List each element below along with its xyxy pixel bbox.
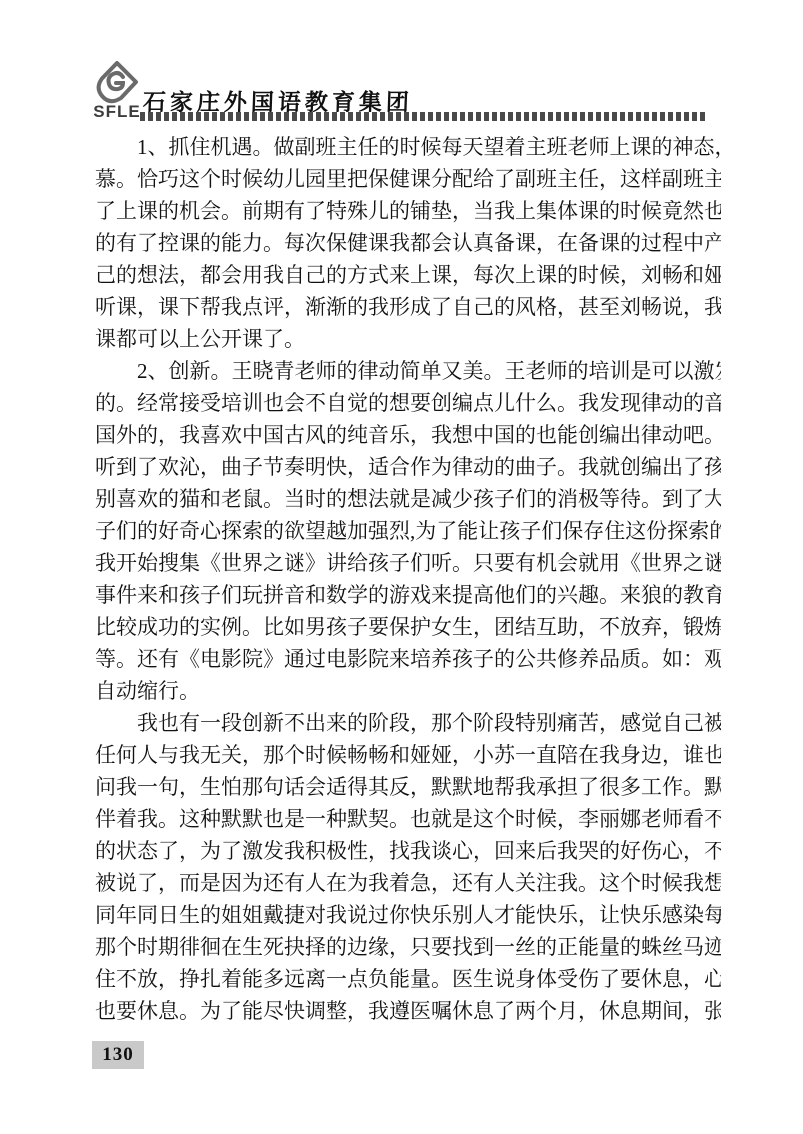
text-line: 我也有一段创新不出来的阶段，那个阶段特别痛苦，感觉自己被封印了 [95, 707, 721, 739]
text-line: 听课，课下帮我点评，渐渐的我形成了自己的风格，甚至刘畅说，我的保健 [95, 291, 721, 323]
text-line: 任何人与我无关，那个时候畅畅和娅娅，小苏一直陪在我身边，谁也不敢多 [95, 739, 721, 771]
text-line: 子们的好奇心探索的欲望越加强烈,为了能让孩子们保存住这份探索的欲望， [95, 515, 721, 547]
text-line: 听到了欢沁，曲子节奏明快，适合作为律动的曲子。我就创编出了孩子们特 [95, 451, 721, 483]
text-line: 的状态了，为了激发我积极性，找我谈心，回来后我哭的好伤心，不是因为 [95, 835, 721, 867]
text-line: 的。经常接受培训也会不自觉的想要创编点儿什么。我发现律动的音乐都是 [95, 387, 721, 419]
text-line: 也要休息。为了能尽快调整，我遵医嘱休息了两个月，休息期间，张淑雅老 [95, 995, 721, 1027]
letterhead: SFLE 石家庄外国语教育集团 [0, 0, 803, 130]
text-line: 课都可以上公开课了。 [95, 323, 721, 355]
text-line: 事件来和孩子们玩拼音和数学的游戏来提高他们的兴趣。来狼的教育就是个 [95, 579, 721, 611]
text-line: 那个时期徘徊在生死抉择的边缘，只要找到一丝的正能量的蛛丝马迹我就抓 [95, 931, 721, 963]
school-logo: SFLE [92, 60, 142, 122]
text-line: 己的想法，都会用我自己的方式来上课，每次上课的时候，刘畅和娅娅都会 [95, 259, 721, 291]
text-line: 被说了，而是因为还有人在为我着急，还有人关注我。这个时候我想起了， [95, 867, 721, 899]
dotted-rule [140, 112, 708, 121]
logo-acronym: SFLE [92, 102, 142, 122]
body-text: 1、抓住机遇。做副班主任的时候每天望着主班老师上课的神态，我好羡慕。恰巧这个时候… [95, 131, 721, 1027]
text-line: 了上课的机会。前期有了特殊儿的铺垫，当我上集体课的时候竟然也神奇般 [95, 195, 721, 227]
text-line: 国外的，我喜欢中国古风的纯音乐，我想中国的也能创编出律动吧。无意间 [95, 419, 721, 451]
text-line: 住不放，挣扎着能多远离一点负能量。医生说身体受伤了要休息，心受伤了 [95, 963, 721, 995]
text-line: 比较成功的实例。比如男孩子要保护女生，团结互助，不放弃，锻炼听力， [95, 611, 721, 643]
page-number: 130 [102, 1044, 134, 1066]
text-line: 1、抓住机遇。做副班主任的时候每天望着主班老师上课的神态，我好羡 [95, 131, 721, 163]
text-line: 别喜欢的猫和老鼠。当时的想法就是减少孩子们的消极等待。到了大班，孩 [95, 483, 721, 515]
text-line: 同年同日生的姐姐戴捷对我说过你快乐别人才能快乐，让快乐感染每个人。 [95, 899, 721, 931]
text-line: 我开始搜集《世界之谜》讲给孩子们听。只要有机会就用《世界之谜》里的 [95, 547, 721, 579]
text-line: 自动缩行。 [95, 675, 721, 707]
text-line: 的有了控课的能力。每次保健课我都会认真备课，在备课的过程中产生了自 [95, 227, 721, 259]
text-line: 伴着我。这种默默也是一种默契。也就是这个时候，李丽娜老师看不下去我 [95, 803, 721, 835]
text-line: 慕。恰巧这个时候幼儿园里把保健课分配给了副班主任，这样副班主任就有 [95, 163, 721, 195]
page-number-box: 130 [92, 1041, 144, 1069]
text-line: 等。还有《电影院》通过电影院来培养孩子的公共修养品质。如：观影不语， [95, 643, 721, 675]
text-line: 问我一句，生怕那句话会适得其反，默默地帮我承担了很多工作。默默的陪 [95, 771, 721, 803]
sfle-logo-icon [95, 60, 139, 104]
text-line: 2、创新。王晓青老师的律动简单又美。王老师的培训是可以激发创造力 [95, 355, 721, 387]
document-page: SFLE 石家庄外国语教育集团 1、抓住机遇。做副班主任的时候每天望着主班老师上… [0, 0, 803, 1134]
